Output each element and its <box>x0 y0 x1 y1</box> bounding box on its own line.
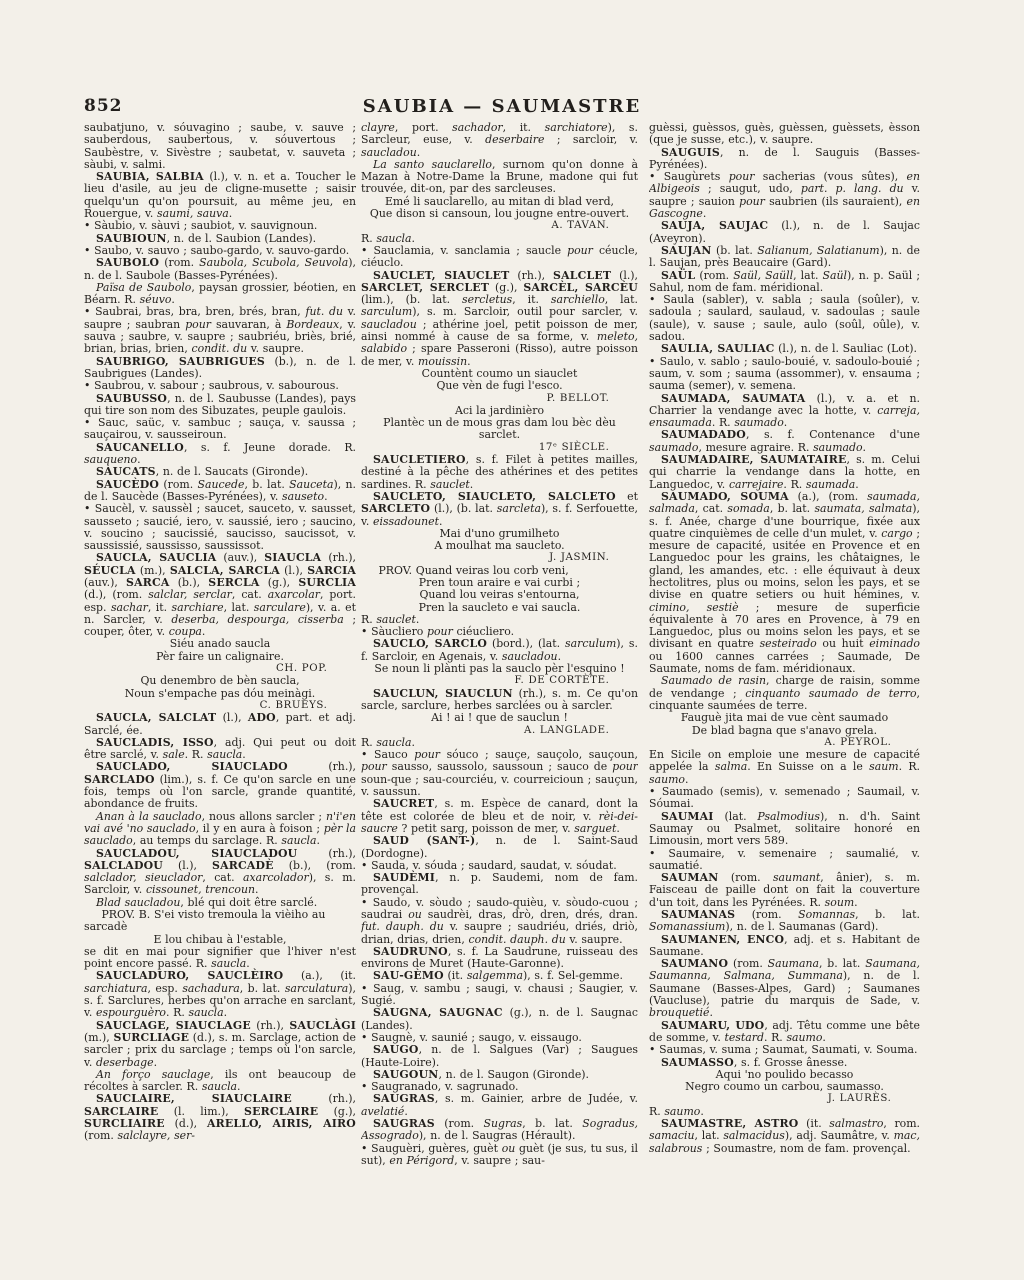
example-paragraph: Païsa de Saubolo, paysan grossier, béoti… <box>84 282 356 307</box>
cross-reference-paragraph: • Sauc, saüc, v. sambuc ; sauça, v. saus… <box>84 417 356 442</box>
verse-line: Se noun li plànti pas la sauclo pèr l'es… <box>361 663 638 675</box>
cross-reference-paragraph: • Saula (sabler), v. sabla ; saula (soûl… <box>649 294 920 343</box>
entry-paragraph: SAULIA, SAULIAC (l.), n. de l. Sauliac (… <box>649 343 920 355</box>
entry-paragraph: SAUGO, n. de l. Salgues (Var) ; Saugues … <box>361 1044 638 1069</box>
proverb-line: PROV. B. S'ei visto tremoula la vièiho a… <box>84 909 356 934</box>
verse-line: A moulhat ma saucleto. <box>361 540 638 552</box>
cross-reference-paragraph: • Saumado (semis), v. semenado ; Saumail… <box>649 786 920 811</box>
cross-reference-paragraph: • Saugùrets pour sacherias (vous sûtes),… <box>649 171 920 220</box>
entry-paragraph: SAUBRIGO, SAUBRIGUES (b.), n. de l. Saub… <box>84 356 356 381</box>
verse-line: Qu denembro de bèn saucla, <box>84 675 356 687</box>
entry-paragraph: SAUCLUN, SIAUCLUN (rh.), s. m. Ce qu'on … <box>361 688 638 713</box>
entry-paragraph: SAUGNA, SAUGNAC (g.), n. de l. Saugnac (… <box>361 1007 638 1032</box>
citation-attribution: P. BELLOT. <box>361 393 638 405</box>
entry-paragraph: SAUMADAIRE, SAUMATAIRE, s. m. Celui qui … <box>649 454 920 491</box>
entry-paragraph: SAUCANELLO, s. f. Jeune dorade. R. sauqu… <box>84 442 356 467</box>
entry-paragraph: SAUCLADURO, SAUCLÈIRO (a.), (it. sarchia… <box>84 970 356 1019</box>
column-center: clayre, port. sachador, it. sarchiatore)… <box>361 122 638 1272</box>
example-paragraph: Saumado de rasin, charge de raisin, somm… <box>649 675 920 712</box>
text-paragraph: clayre, port. sachador, it. sarchiatore)… <box>361 122 638 159</box>
entry-paragraph: SAUCLO, SARCLO (bord.), (lat. sarculum),… <box>361 638 638 663</box>
entry-paragraph: SAUMADO, SOUMA (a.), (rom. saumada, salm… <box>649 491 920 675</box>
page-header: 852 SAUBIA — SAUMASTRE <box>84 96 920 120</box>
entry-paragraph: SAUCLAIRE, SIAUCLAIRE (rh.), SARCLAIRE (… <box>84 1093 356 1142</box>
cross-reference-paragraph: • Sauco pour sóuco ; sauçe, sauçolo, sau… <box>361 749 638 798</box>
entry-paragraph: SAUCLADIS, ISSO, adj. Qui peut ou doit ê… <box>84 737 356 762</box>
cross-reference-paragraph: • Saumaire, v. semenaire ; saumalié, v. … <box>649 848 920 873</box>
verse-line: Quand lou veiras s'entourna, <box>361 589 638 601</box>
entry-paragraph: SAUCLETIERO, s. f. Filet à petites maill… <box>361 454 638 491</box>
cross-reference-paragraph: • Saubrai, bras, bra, bren, brés, bran, … <box>84 306 356 355</box>
entry-paragraph: SAUCLET, SIAUCLET (rh.), SALCLET (l.), S… <box>361 270 638 368</box>
entry-paragraph: SAUCLAGE, SIAUCLAGE (rh.), SAUCLÀGI (m.)… <box>84 1020 356 1069</box>
entry-paragraph: SAUDÈMI, n. p. Saudemi, nom de fam. prov… <box>361 872 638 897</box>
entry-paragraph: SAUJAN (b. lat. Salianum, Salatianum), n… <box>649 245 920 270</box>
entry-paragraph: SAUDRUNO, s. f. La Saudrune, ruisseau de… <box>361 946 638 971</box>
entry-paragraph: SAUMADADO, s. f. Contenance d'une saumad… <box>649 429 920 454</box>
column-left: saubatjuno, v. sóuvagino ; saube, v. sau… <box>84 122 356 1272</box>
example-paragraph: An forço sauclage, ils ont beaucoup de r… <box>84 1069 356 1094</box>
verse-line: Fauguè jita mai de vue cènt saumado <box>649 712 920 724</box>
entry-paragraph: SAUCLADO, SIAUCLADO (rh.), SARCLADO (lim… <box>84 761 356 810</box>
cross-reference-paragraph: • Saudo, v. sòudo ; saudo-quièu, v. sòud… <box>361 897 638 946</box>
entry-paragraph: SAUBIA, SALBIA (l.), v. n. et a. Toucher… <box>84 171 356 220</box>
entry-paragraph: SAUJA, SAUJAC (l.), n. de l. Saujac (Ave… <box>649 220 920 245</box>
cross-reference-paragraph: • Sauclamia, v. sanclamia ; saucle pour … <box>361 245 638 270</box>
entry-paragraph: SAUCÈDO (rom. Saucede, b. lat. Sauceta),… <box>84 479 356 504</box>
verse-line: Noun s'empache pas dóu meinàgi. <box>84 688 356 700</box>
entry-paragraph: SAÜL (rom. Saül, Saüll, lat. Saül), n. p… <box>649 270 920 295</box>
entry-paragraph: SAUBUSSO, n. de l. Saubusse (Landes), pa… <box>84 393 356 418</box>
verse-line: De blad bagna que s'anavo grela. <box>649 725 920 737</box>
example-paragraph: La santo sauclarello, surnom qu'on donne… <box>361 159 638 196</box>
entry-paragraph: SAUMAN (rom. saumant, ânier), s. m. Fais… <box>649 872 920 909</box>
entry-paragraph: SAUMADA, SAUMATA (l.), v. a. et n. Charr… <box>649 393 920 430</box>
entry-paragraph: SAUCRET, s. m. Espèce de canard, dont la… <box>361 798 638 835</box>
entry-paragraph: SAUCLETO, SIAUCLETO, SALCLETO et SARCLET… <box>361 491 638 528</box>
dictionary-page: 852 SAUBIA — SAUMASTRE saubatjuno, v. só… <box>0 0 1024 1280</box>
entry-paragraph: SAUGRAS (rom. Sugras, b. lat. Sogradus, … <box>361 1118 638 1143</box>
entry-paragraph: SAUCLA, SAUCLIA (auv.), SIAUCLA (rh.), S… <box>84 552 356 638</box>
entry-paragraph: SAUCLADOU, SIAUCLADOU (rh.), SALCLADOU (… <box>84 848 356 897</box>
verse-line: Ai ! ai ! que de sauclun ! <box>361 712 638 724</box>
entry-paragraph: SAUD (SANT-), n. de l. Saint-Saud (Dordo… <box>361 835 638 860</box>
entry-paragraph: SAUMAI (lat. Psalmodius), n. d'h. Saint … <box>649 811 920 848</box>
running-title: SAUBIA — SAUMASTRE <box>84 96 920 117</box>
text-paragraph: saubatjuno, v. sóuvagino ; saube, v. sau… <box>84 122 356 171</box>
entry-paragraph: SAUBOLO (rom. Saubola, Scubola, Seuvola)… <box>84 257 356 282</box>
cross-reference-paragraph: • Saulo, v. sablo ; saulo-bouié, v. sado… <box>649 356 920 393</box>
entry-paragraph: SAUGRAS, s. m. Gainier, arbre de Judée, … <box>361 1093 638 1118</box>
entry-paragraph: SAUGUIS, n. de l. Sauguis (Basses-Pyréné… <box>649 147 920 172</box>
example-paragraph: Anan à la sauclado, nous allons sarcler … <box>84 811 356 848</box>
entry-paragraph: SAUMANAS (rom. Somannas, b. lat. Somanas… <box>649 909 920 934</box>
cross-reference-paragraph: • Saucèl, v. saussèl ; saucet, sauceto, … <box>84 503 356 552</box>
citation-attribution: J. JASMIN. <box>361 552 638 564</box>
text-paragraph: En Sicile on emploie une mesure de capac… <box>649 749 920 786</box>
cross-reference-paragraph: • Saug, v. sambu ; saugi, v. chausi ; Sa… <box>361 983 638 1008</box>
entry-paragraph: SAUCLA, SALCLAT (l.), ADO, part. et adj.… <box>84 712 356 737</box>
verse-line: Que dison si cansoun, lou jougne entre-o… <box>361 208 638 220</box>
verse-line: Que vèn de fugi l'esco. <box>361 380 638 392</box>
verse-line: Pèr faire un calignaire. <box>84 651 356 663</box>
entry-paragraph: SAU-GÈMO (it. salgemma), s. f. Sel-gemme… <box>361 970 638 982</box>
cross-reference-paragraph: • Sauguèri, guères, guèt ou guèt (je sus… <box>361 1143 638 1168</box>
entry-paragraph: SAUMASTRE, ASTRO (it. salmastro, rom. sa… <box>649 1118 920 1155</box>
text-paragraph: se dit en mai pour signifier que l'hiver… <box>84 946 356 971</box>
column-right: guèssi, guèssos, guès, guèssen, guèssets… <box>649 122 920 1272</box>
entry-paragraph: SAUMANEN, ENCO, adj. et s. Habitant de S… <box>649 934 920 959</box>
entry-paragraph: SAUMASSO, s. f. Grosse ânesse. <box>649 1057 920 1069</box>
verse-line: Negro coumo un carbou, saumasso. <box>649 1081 920 1093</box>
entry-paragraph: SAUMANO (rom. Saumana, b. lat. Saumana, … <box>649 958 920 1019</box>
verse-line: Plantèc un de mous gras dam lou bèc dèu … <box>361 417 638 442</box>
verse-line: Siéu anado saucla <box>84 638 356 650</box>
text-paragraph: guèssi, guèssos, guès, guèssen, guèssets… <box>649 122 920 147</box>
entry-paragraph: SAUMARU, UDO, adj. Têtu comme une bête d… <box>649 1020 920 1045</box>
